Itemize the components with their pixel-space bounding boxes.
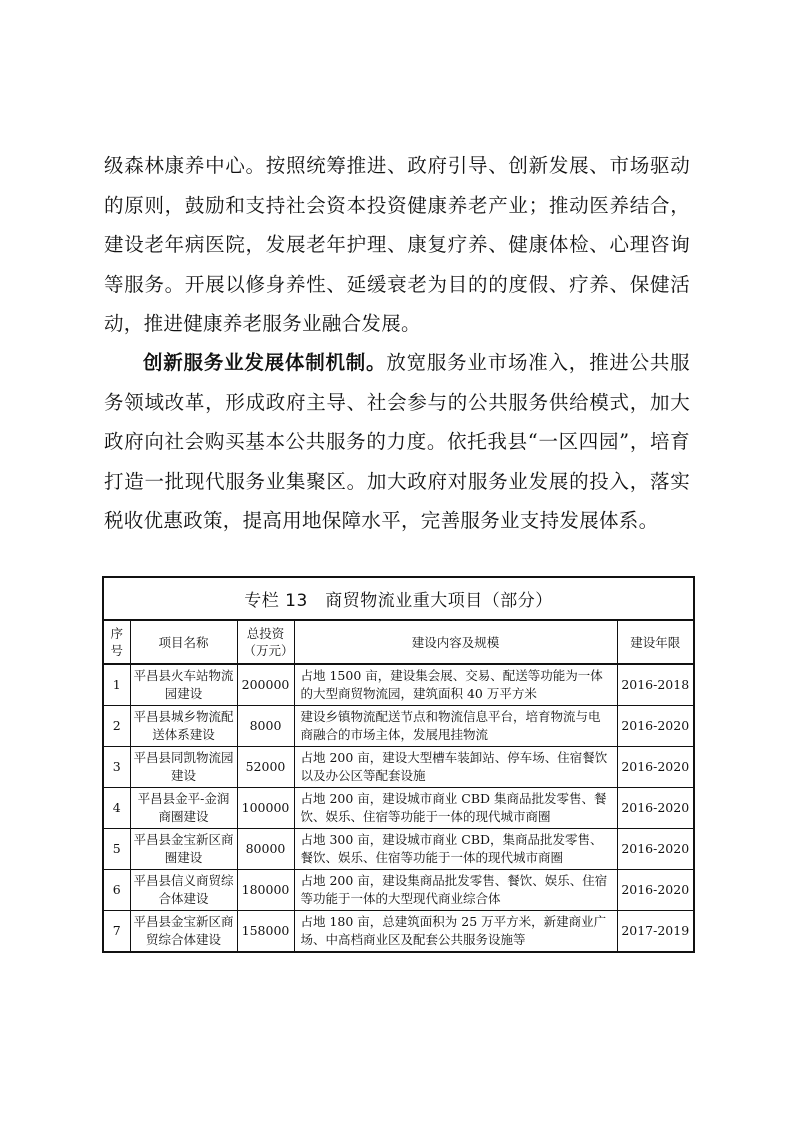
paragraph-text: 级森林康养中心。按照统筹推进、政府引导、创新发展、市场驱动的原则，鼓励和支持社会… [104, 154, 690, 335]
cell-name: 平昌县金平-金润商圈建设 [130, 788, 237, 829]
cell-seq: 4 [103, 788, 130, 829]
cell-period: 2017-2019 [617, 911, 694, 953]
table-row: 5平昌县金宝新区商圈建设80000占地 300 亩，建设城市商业 CBD，集商品… [103, 829, 694, 870]
cell-investment: 80000 [237, 829, 294, 870]
header-seq: 序号 [103, 620, 130, 664]
cell-content: 占地 1500 亩，建设集会展、交易、配送等功能为一体的大型商贸物流园，建筑面积… [294, 664, 617, 706]
cell-investment: 158000 [237, 911, 294, 953]
cell-investment: 8000 [237, 706, 294, 747]
cell-investment: 180000 [237, 870, 294, 911]
cell-name: 平昌县城乡物流配送体系建设 [130, 706, 237, 747]
header-period: 建设年限 [617, 620, 694, 664]
table-row: 2平昌县城乡物流配送体系建设8000建设乡镇物流配送节点和物流信息平台，培育物流… [103, 706, 694, 747]
paragraph-health-elderly-care: 级森林康养中心。按照统筹推进、政府引导、创新发展、市场驱动的原则，鼓励和支持社会… [104, 146, 690, 344]
cell-investment: 200000 [237, 664, 294, 706]
cell-seq: 1 [103, 664, 130, 706]
cell-seq: 7 [103, 911, 130, 953]
cell-content: 占地 200 亩，建设大型槽车装卸站、停车场、住宿餐饮以及办公区等配套设施 [294, 747, 617, 788]
table-row: 3平昌县同凯物流园建设52000占地 200 亩，建设大型槽车装卸站、停车场、住… [103, 747, 694, 788]
cell-seq: 2 [103, 706, 130, 747]
cell-period: 2016-2020 [617, 829, 694, 870]
cell-investment: 100000 [237, 788, 294, 829]
table-title: 专栏 13 商贸物流业重大项目（部分） [103, 577, 694, 620]
cell-name: 平昌县金宝新区商贸综合体建设 [130, 911, 237, 953]
paragraph-bold-lead: 创新服务业发展体制机制。 [143, 351, 386, 374]
table-row: 6平昌县信义商贸综合体建设180000占地 200 亩，建设集商品批发零售、餐饮… [103, 870, 694, 911]
cell-seq: 3 [103, 747, 130, 788]
cell-content: 建设乡镇物流配送节点和物流信息平台，培育物流与电商融合的市场主体，发展甩挂物流 [294, 706, 617, 747]
cell-content: 占地 300 亩，建设城市商业 CBD，集商品批发零售、餐饮、娱乐、住宿等功能于… [294, 829, 617, 870]
cell-content: 占地 200 亩，建设集商品批发零售、餐饮、娱乐、住宿等功能于一体的大型现代商业… [294, 870, 617, 911]
paragraph-service-reform: 创新服务业发展体制机制。放宽服务业市场准入，推进公共服务领域改革，形成政府主导、… [104, 343, 690, 541]
cell-seq: 6 [103, 870, 130, 911]
cell-content: 占地 200 亩，建设城市商业 CBD 集商品批发零售、餐饮、娱乐、住宿等功能于… [294, 788, 617, 829]
table-row: 7平昌县金宝新区商贸综合体建设158000占地 180 亩，总建筑面积为 25 … [103, 911, 694, 953]
paragraph-text: 放宽服务业市场准入，推进公共服务领域改革，形成政府主导、社会参与的公共服务供给模… [104, 351, 690, 532]
cell-content: 占地 180 亩，总建筑面积为 25 万平方米，新建商业广场、中高档商业区及配套… [294, 911, 617, 953]
header-name: 项目名称 [130, 620, 237, 664]
table-row: 1平昌县火车站物流园建设200000占地 1500 亩，建设集会展、交易、配送等… [103, 664, 694, 706]
cell-period: 2016-2018 [617, 664, 694, 706]
cell-period: 2016-2020 [617, 706, 694, 747]
table-row: 4平昌县金平-金润商圈建设100000占地 200 亩，建设城市商业 CBD 集… [103, 788, 694, 829]
cell-investment: 52000 [237, 747, 294, 788]
cell-period: 2016-2020 [617, 788, 694, 829]
header-content: 建设内容及规模 [294, 620, 617, 664]
table-header-row: 序号 项目名称 总投资（万元） 建设内容及规模 建设年限 [103, 620, 694, 664]
cell-name: 平昌县金宝新区商圈建设 [130, 829, 237, 870]
cell-name: 平昌县信义商贸综合体建设 [130, 870, 237, 911]
cell-seq: 5 [103, 829, 130, 870]
cell-period: 2016-2020 [617, 870, 694, 911]
header-investment: 总投资（万元） [237, 620, 294, 664]
commerce-logistics-projects-table: 专栏 13 商贸物流业重大项目（部分） 序号 项目名称 总投资（万元） 建设内容… [102, 576, 695, 953]
cell-name: 平昌县火车站物流园建设 [130, 664, 237, 706]
cell-name: 平昌县同凯物流园建设 [130, 747, 237, 788]
cell-period: 2016-2020 [617, 747, 694, 788]
